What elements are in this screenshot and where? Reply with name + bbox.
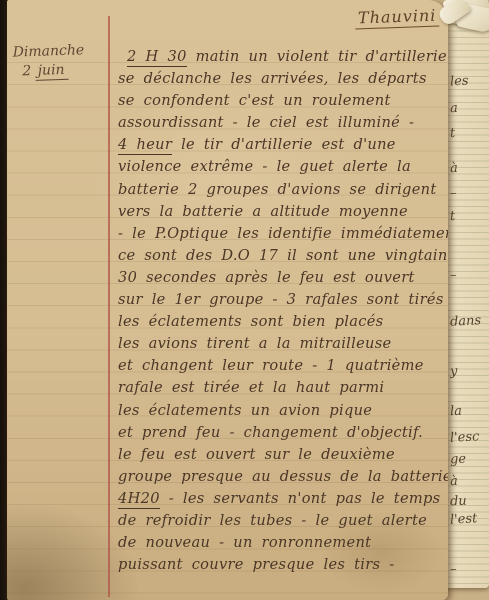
manuscript-line: assourdissant - le ciel est illuminé - (118, 112, 448, 134)
manuscript-line: les éclatements sont bien placés (118, 311, 448, 333)
manuscript-line: les avions tirent a la mitrailleuse (118, 333, 448, 355)
edge-fragment: l'esc (450, 429, 480, 446)
edge-fragment: t (450, 126, 456, 141)
underlined-time: 4 heur (118, 136, 172, 155)
edge-fragment: du (450, 494, 467, 510)
edge-fragment: à (450, 474, 459, 489)
manuscript-line: batterie 2 groupes d'avions se dirigent (118, 179, 448, 201)
edge-fragment: ge (450, 452, 467, 468)
edge-fragment: à (450, 161, 459, 176)
manuscript-body: 2 H 30 matin un violent tir d'artillerie… (118, 46, 448, 582)
edge-fragment: y (450, 364, 458, 379)
margin-date-line2: 2 juin (13, 59, 110, 81)
red-margin-line (108, 16, 110, 597)
margin-date-month: juin (35, 62, 68, 81)
margin-date: Dimanche 2 juin (12, 40, 109, 81)
signature-name: Thauvini (355, 6, 440, 30)
underlined-time: 2 H 30 (127, 48, 187, 67)
edge-fragment: – (450, 268, 457, 283)
edge-fragment: – (450, 562, 457, 577)
manuscript-line: 4H20 - les servants n'ont pas le temps (118, 488, 448, 510)
manuscript-line: de nouveau - un ronronnement (118, 532, 448, 554)
manuscript-line: le feu est ouvert sur le deuxième (118, 444, 448, 466)
manuscript-line: - le P.Optique les identifie immédiateme… (118, 223, 448, 245)
manuscript-line: sur le 1er groupe - 3 rafales sont tirés (118, 289, 448, 311)
manuscript-line: violence extrême - le guet alerte la (118, 156, 448, 178)
crumpled-paper (437, 0, 489, 44)
margin-date-number: 2 (22, 63, 31, 79)
manuscript-line: ce sont des D.O 17 il sont une vingtaine (118, 245, 448, 267)
edge-fragment: les (450, 74, 469, 90)
manuscript-line: puissant couvre presque les tirs - (118, 554, 448, 576)
manuscript-line: se confondent c'est un roulement (118, 90, 448, 112)
manuscript-line: groupe presque au dessus de la batterie (118, 466, 448, 488)
edge-fragment: la (450, 404, 463, 420)
manuscript-line: les éclatements un avion pique (118, 400, 448, 422)
manuscript-line: et changent leur route - 1 quatrième (118, 355, 448, 377)
edge-fragment: a (450, 101, 459, 116)
edge-fragment: t (450, 209, 456, 224)
manuscript-line: 4 heur le tir d'artillerie est d'une (118, 134, 448, 156)
manuscript-line: 30 secondes après le feu est ouvert (118, 267, 448, 289)
manuscript-line: 2 H 30 matin un violent tir d'artillerie (118, 46, 448, 68)
manuscript-line: et prend feu - changement d'objectif. (118, 422, 448, 444)
underlined-time: 4H20 (118, 490, 160, 509)
notebook-photo: Thauvini Dimanche 2 juin 2 H 30 matin un… (0, 0, 489, 600)
manuscript-line: vers la batterie a altitude moyenne (118, 201, 448, 223)
manuscript-line: se déclanche les arrivées, les départs (118, 68, 448, 90)
manuscript-line: de refroidir les tubes - le guet alerte (118, 510, 448, 532)
manuscript-line: rafale est tirée et la haut parmi (118, 377, 448, 399)
edge-fragment: dans (450, 313, 482, 330)
manuscript-page: Thauvini Dimanche 2 juin 2 H 30 matin un… (7, 0, 448, 600)
edge-fragment: – (450, 186, 457, 201)
edge-fragment: l'est (450, 511, 478, 527)
